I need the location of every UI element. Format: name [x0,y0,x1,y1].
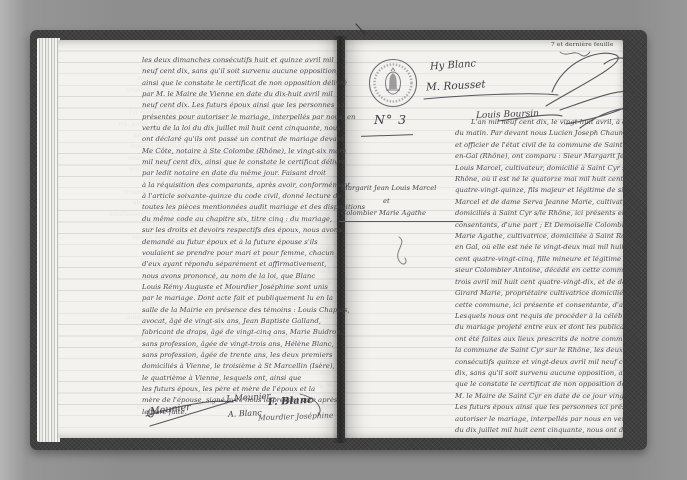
handwritten-line: ont déclaré qu'ils ont passé un contrat … [142,134,338,145]
handwritten-line: vertu de la loi du dix juillet mil huit … [142,123,338,134]
handwritten-line: à la réquisition des comparants, après a… [142,180,338,191]
handwritten-line: consentants, d'une part ; Et Demoiselle … [455,220,624,231]
bride-name: Colombier Marie Agathe [341,207,463,221]
left-page-text-block: les deux dimanches consécutifs huit et q… [142,55,338,418]
handwritten-line: M. le Maire de Saint Cyr en date de ce j… [455,391,624,402]
handwritten-line: du matin. Par devant nous Lucien Joseph … [455,128,624,139]
handwritten-line: trois avril mil huit cent quatre-vingt-d… [455,277,624,288]
handwritten-line: Marcel et de dame Serva Jeanne Marie, cu… [455,197,624,208]
margin-note-underline [339,221,463,222]
handwritten-line: neuf cent dix, sans qu'il soit survenu a… [142,66,338,77]
margin-note-et: et [341,196,463,207]
handwritten-line: consécutifs quinze et vingt-deux avril m… [455,357,624,368]
handwritten-line: que le constate le certificat de non opp… [455,379,624,390]
page-stack-edge [37,38,60,442]
handwritten-line: ainsi que le constate le certificat de n… [142,78,338,89]
handwritten-line: quatre-vingt-quinze, fils majeur et légi… [455,185,624,196]
handwritten-line: toutes les pièces mentionnées audit mari… [142,202,338,213]
handwritten-line: dix, sans qu'il soit survenu aucune oppo… [455,368,624,379]
handwritten-line: en Gal, où elle est née le vingt-deux ma… [455,242,624,253]
handwritten-line: à l'article soixante-quinze du code civi… [142,191,338,202]
handwritten-line: en-Gal (Rhône), ont comparu : Sieur Marg… [455,151,624,162]
handwritten-line: présentes pour autoriser le mariage, int… [142,112,338,123]
handwritten-line: Lesquels nous ont requis de procéder à l… [455,311,624,322]
margin-note-names: Margarit Jean Louis Marcel et Colombier … [341,182,463,220]
sheet-number-label: 7 et dernière feuille [551,42,614,48]
handwritten-line: Girard Marie, propriétaire cultivatrice … [455,288,624,299]
handwritten-line: sur les droits et devoirs respectifs des… [142,225,338,236]
handwritten-line: par ledit notaire en date du même jour. … [142,168,338,179]
handwritten-line: sieur Colombier Antoine, décédé en cette… [455,265,624,276]
handwritten-line: sans profession, âgée de trente ans, les… [142,350,338,361]
right-page-text-block: L'an mil neuf cent dix, le vingt-huit av… [455,117,624,436]
handwritten-line: mil neuf cent dix, ainsi que le constate… [142,157,338,168]
handwritten-line: domiciliés à Vienne, le troisième à St M… [142,361,338,372]
handwritten-line: le quatrième à Vienne, lesquels ont, ain… [142,373,338,384]
handwritten-line: du même code au chapitre six, titre cinq… [142,214,338,225]
official-round-stamp-icon [367,57,419,109]
handwritten-line: la commune de Saint Cyr sur le Rhône, le… [455,345,624,356]
handwritten-line: L'an mil neuf cent dix, le vingt-huit av… [455,117,624,128]
handwritten-line: nous avons prononcé, au nom de la loi, q… [142,271,338,282]
handwritten-line: avocat, âgé de vingt-six ans, Jean Bapti… [142,316,338,327]
handwritten-line: du mariage projeté entre eux et dont les… [455,322,624,333]
scanned-register-spread: les deux dimanches consécutifs huit et q… [0,0,687,480]
handwritten-line: d'eux ayant répondu séparément et affirm… [142,259,338,270]
handwritten-line: du dix juillet mil huit cent cinquante, … [455,425,624,436]
act-number: N° 3 [374,112,407,127]
handwritten-line: par M. le Maire de Vienne en date du dix… [142,89,338,100]
signature: A. Blanc [228,408,262,419]
handwritten-line: neuf cent dix. Les futurs époux ainsi qu… [142,100,338,111]
handwritten-line: cette commune, ici présente et consentan… [455,300,624,311]
handwritten-line: salle de la Mairie en présence des témoi… [142,305,338,316]
handwritten-line: Marie Agathe, cultivatrice, domiciliée à… [455,231,624,242]
handwritten-line: cent quatre-vingt-cinq, fille mineure et… [455,254,624,265]
handwritten-line: ont été faites aux lieux prescrits de no… [455,334,624,345]
handwritten-line: les deux dimanches consécutifs huit et q… [142,55,338,66]
handwritten-line: et officier de l'état civil de la commun… [455,140,624,151]
handwritten-line: domiciliés à Saint Cyr s/le Rhône, ici p… [455,208,624,219]
handwritten-line: demandé au futur époux et à la future ép… [142,237,338,248]
handwritten-line: Louis Marcel, cultivateur, domicilié à S… [455,163,624,174]
handwritten-line: autoriser le mariage, interpellés par no… [455,414,624,425]
groom-name: Margarit Jean Louis Marcel [341,182,463,196]
handwritten-line: sans profession, âgée de vingt-trois ans… [142,339,338,350]
handwritten-line: fabricant de draps, âgé de vingt-cinq an… [142,327,338,338]
handwritten-line: Rhône, où il est né le quatorze mai mil … [455,174,624,185]
handwritten-line: Me Côte, notaire à Ste Colombe (Rhône), … [142,146,338,157]
handwritten-line: Louis Rémy Auguste et Mourdier Joséphine… [142,282,338,293]
handwritten-line: Les futurs époux ainsi que les personnes… [455,402,624,413]
handwritten-line: par le mariage. Dont acte fait et publiq… [142,293,338,304]
handwritten-line: voulaient se prendre pour mari et pour f… [142,248,338,259]
